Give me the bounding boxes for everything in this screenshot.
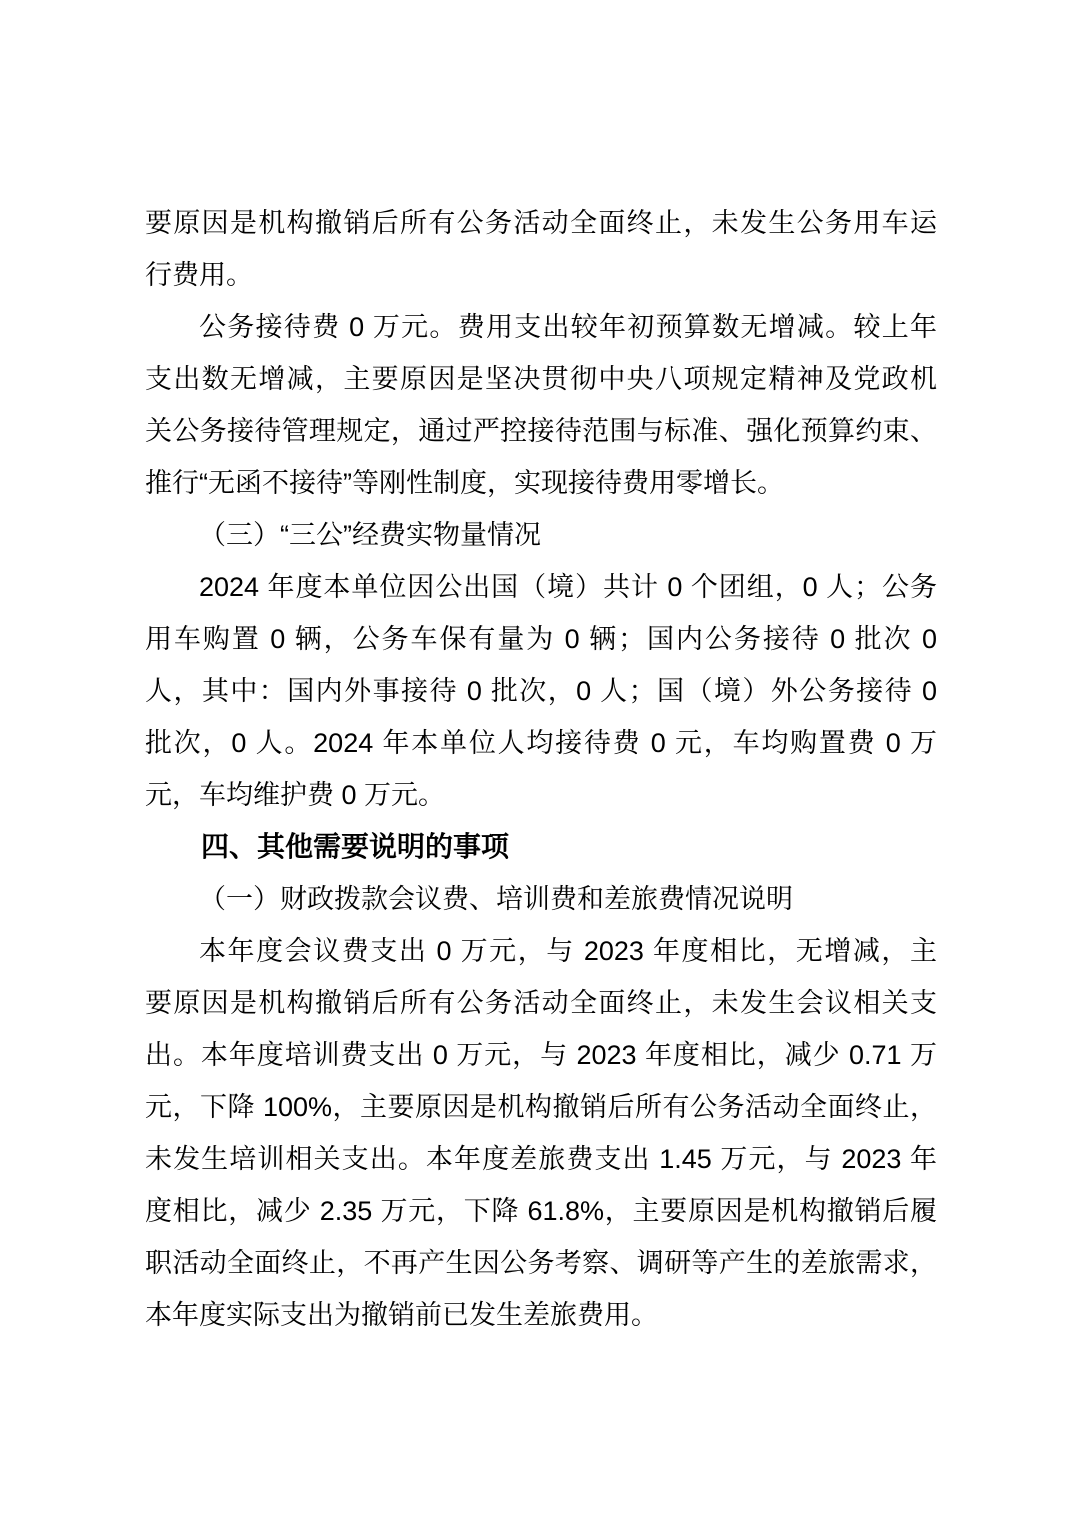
- text-line: 推行“无函不接待”等刚性制度，实现接待费用零增长。: [145, 457, 937, 509]
- text-line: 元，下降 100%，主要原因是机构撤销后所有公务活动全面终止，: [145, 1081, 937, 1133]
- text-line: 本年度会议费支出 0 万元，与 2023 年度相比，无增减，主: [145, 925, 937, 977]
- subsection-heading: （三）“三公”经费实物量情况: [145, 509, 937, 561]
- text-line: 度相比，减少 2.35 万元，下降 61.8%，主要原因是机构撤销后履: [145, 1185, 937, 1237]
- text-line: 未发生培训相关支出。本年度差旅费支出 1.45 万元，与 2023 年: [145, 1133, 937, 1185]
- document-body: 要原因是机构撤销后所有公务活动全面终止，未发生公务用车运行费用。公务接待费 0 …: [145, 197, 937, 1341]
- text-line: 职活动全面终止，不再产生因公务考察、调研等产生的差旅需求，: [145, 1237, 937, 1289]
- subsection-heading: （一）财政拨款会议费、培训费和差旅费情况说明: [145, 873, 937, 925]
- text-line: 出。本年度培训费支出 0 万元，与 2023 年度相比，减少 0.71 万: [145, 1029, 937, 1081]
- text-line: 支出数无增减，主要原因是坚决贯彻中央八项规定精神及党政机: [145, 353, 937, 405]
- text-line: 本年度实际支出为撤销前已发生差旅费用。: [145, 1289, 937, 1341]
- text-line: 行费用。: [145, 249, 937, 301]
- text-line: 元，车均维护费 0 万元。: [145, 769, 937, 821]
- document-page: 要原因是机构撤销后所有公务活动全面终止，未发生公务用车运行费用。公务接待费 0 …: [0, 0, 1074, 1520]
- text-line: 公务接待费 0 万元。费用支出较年初预算数无增减。较上年: [145, 301, 937, 353]
- text-line: 要原因是机构撤销后所有公务活动全面终止，未发生会议相关支: [145, 977, 937, 1029]
- text-line: 要原因是机构撤销后所有公务活动全面终止，未发生公务用车运: [145, 197, 937, 249]
- text-line: 人，其中：国内外事接待 0 批次，0 人；国（境）外公务接待 0: [145, 665, 937, 717]
- text-line: 关公务接待管理规定，通过严控接待范围与标准、强化预算约束、: [145, 405, 937, 457]
- text-line: 批次，0 人。2024 年本单位人均接待费 0 元，车均购置费 0 万: [145, 717, 937, 769]
- section-heading: 四、其他需要说明的事项: [145, 821, 937, 873]
- text-line: 用车购置 0 辆，公务车保有量为 0 辆；国内公务接待 0 批次 0: [145, 613, 937, 665]
- text-line: 2024 年度本单位因公出国（境）共计 0 个团组，0 人；公务: [145, 561, 937, 613]
